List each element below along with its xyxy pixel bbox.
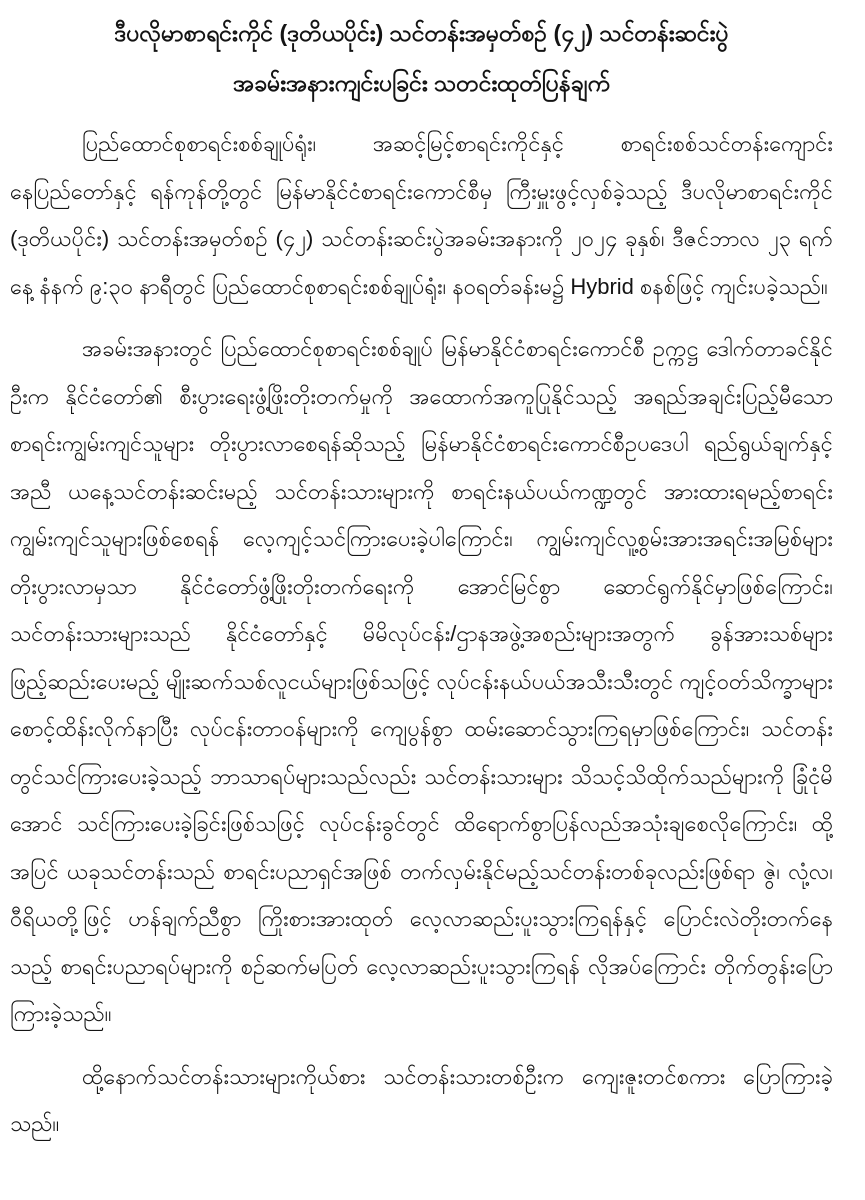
document-title-line-1: ဒီပလိုမာစာရင်းကိုင် (ဒုတိယပိုင်း) သင်တန်… bbox=[10, 8, 833, 58]
paragraph-event-summary: ပြည်ထောင်စုစာရင်းစစ်ချုပ်ရုံး၊ အဆင့်မြင့… bbox=[10, 120, 833, 310]
document-title-line-2: အခမ်းအနားကျင်းပခြင်း သတင်းထုတ်ပြန်ချက် bbox=[10, 58, 833, 108]
paragraph-trainee-thanks: ထို့နောက်သင်တန်းသားများကိုယ်စား သင်တန်းသ… bbox=[10, 1053, 833, 1148]
document-page: ဒီပလိုမာစာရင်းကိုင် (ဒုတိယပိုင်း) သင်တန်… bbox=[0, 0, 865, 1200]
paragraph-chairman-speech: အခမ်းအနားတွင် ပြည်ထောင်စုစာရင်းစစ်ချုပ် … bbox=[10, 325, 833, 1038]
document-title: ဒီပလိုမာစာရင်းကိုင် (ဒုတိယပိုင်း) သင်တန်… bbox=[10, 8, 833, 108]
